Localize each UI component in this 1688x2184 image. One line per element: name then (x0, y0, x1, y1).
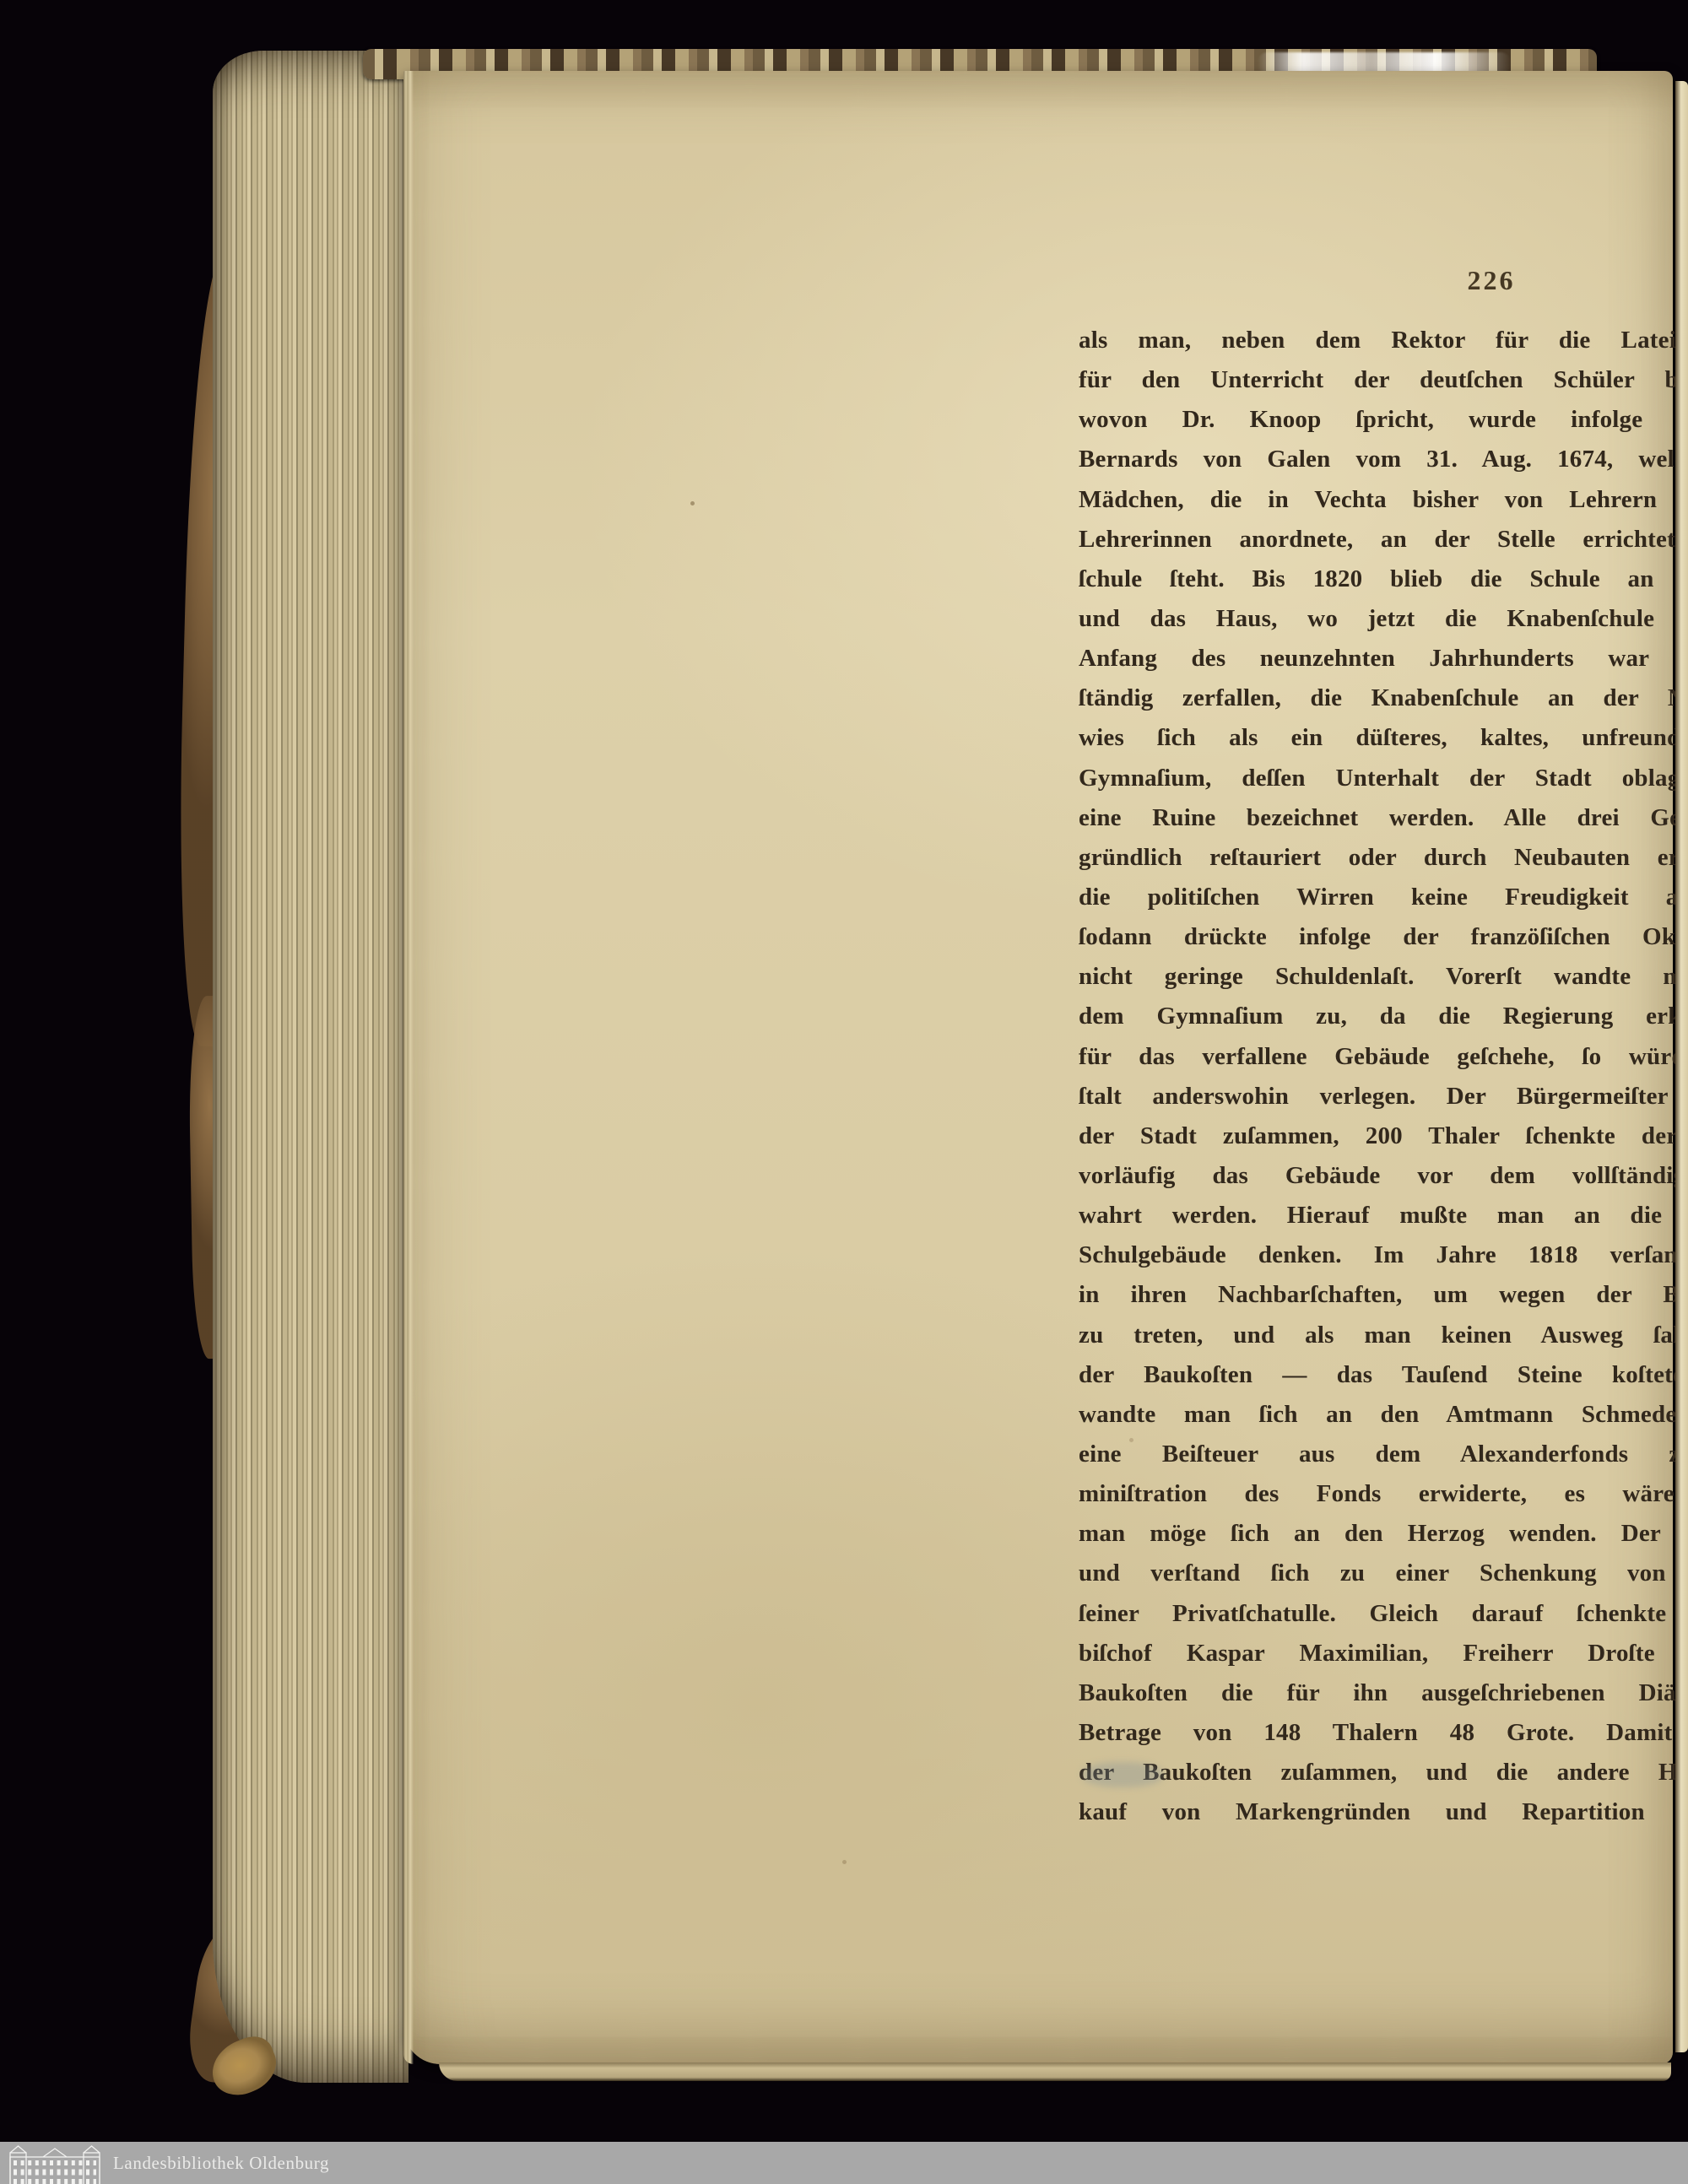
text-line: gründlich reſtauriert oder durch Neubaut… (1079, 838, 1688, 878)
text-line: Schulgebäude denken. Im Jahre 1818 verſa… (1079, 1235, 1688, 1275)
text-line: Baukoſten die für ihn ausgeſchriebenen D… (1079, 1673, 1688, 1713)
text-line: ſtändig zerfallen, die Knabenſchule an d… (1079, 678, 1688, 718)
text-line: Mädchen, die in Vechta bisher von Lehrer… (1079, 480, 1688, 520)
text-line: und verſtand ſich zu einer Schenkung von… (1079, 1554, 1688, 1593)
text-line: man möge ſich an den Herzog wenden. Der … (1079, 1514, 1688, 1554)
text-line: wandte man ſich an den Amtmann Schmedes,… (1079, 1395, 1688, 1435)
text-line: wovon Dr. Knoop ſpricht, wurde infolge d… (1079, 400, 1688, 440)
text-line: kauf von Markengründen und Repartition a… (1079, 1792, 1688, 1832)
library-building-icon (7, 2145, 103, 2184)
text-line: ſeiner Privatſchatulle. Gleich darauf ſc… (1079, 1594, 1688, 1634)
text-line: die politiſchen Wirren keine Freudigkeit… (1079, 878, 1688, 917)
text-line: der Baukoſten — das Tauſend Steine koſte… (1079, 1355, 1688, 1395)
text-line: Gymnaſium, deſſen Unterhalt der Stadt ob… (1079, 759, 1688, 798)
text-line: und das Haus, wo jetzt die Knabenſchule … (1079, 599, 1688, 639)
text-line: Betrage von 148 Thalern 48 Grote. Damit … (1079, 1713, 1688, 1753)
text-line: wahrt werden. Hierauf mußte man an die R… (1079, 1196, 1688, 1235)
text-line: dem Gymnaſium zu, da die Regierung erklä… (1079, 997, 1688, 1036)
page-number: 226 (1442, 265, 1541, 296)
text-line: eine Beiſteuer aus dem Alexanderfonds zu… (1079, 1435, 1688, 1474)
text-line: biſchof Kaspar Maximilian, Freiherr Droſ… (1079, 1634, 1688, 1673)
text-line: Bernards von Galen vom 31. Aug. 1674, we… (1079, 440, 1688, 479)
text-line: miniſtration des Fonds erwiderte, es wär… (1079, 1474, 1688, 1514)
paper-speck (842, 1860, 847, 1864)
text-line: eine Ruine bezeichnet werden. Alle drei … (1079, 798, 1688, 838)
footer-watermark-bar: Landesbibliothek Oldenburg (0, 2142, 1688, 2184)
text-line: als man, neben dem Rektor für die Latein… (1079, 321, 1688, 360)
faint-stamp-smudge (1082, 1762, 1163, 1787)
text-line: in ihren Nachbarſchaften, um wegen der B… (1079, 1275, 1688, 1315)
text-line: ſchule ſteht. Bis 1820 blieb die Schule … (1079, 560, 1688, 599)
text-line: Anfang des neunzehnten Jahrhunderts war … (1079, 639, 1688, 678)
text-line: der Stadt zuſammen, 200 Thaler ſchenkte … (1079, 1116, 1688, 1156)
paper-speck (690, 501, 695, 505)
text-line: ſtalt anderswohin verlegen. Der Bürgerme… (1079, 1077, 1688, 1116)
next-page-sliver (1675, 81, 1688, 2052)
under-page-edge (439, 2062, 1671, 2081)
text-line: vorläufig das Gebäude vor dem vollſtändi… (1079, 1156, 1688, 1196)
scanned-book-photo: 226 als man, neben dem Rektor für die La… (0, 0, 1688, 2184)
text-line: wies ſich als ein düſteres, kaltes, unfr… (1079, 718, 1688, 758)
paper-speck (1129, 1438, 1133, 1442)
page-stack-fore-edge (213, 51, 408, 2083)
text-line: der Baukoſten zuſammen, und die andere H… (1079, 1753, 1688, 1792)
book-page: 226 als man, neben dem Rektor für die La… (403, 71, 1673, 2064)
text-line: ſodann drückte infolge der franzöſiſchen… (1079, 917, 1688, 957)
text-line: Lehrerinnen anordnete, an der Stelle err… (1079, 520, 1688, 560)
text-line: für das verfallene Gebäude geſchehe, ſo … (1079, 1037, 1688, 1077)
text-line: für den Unterricht der deutſchen Schüler… (1079, 360, 1688, 400)
library-label: Landesbibliothek Oldenburg (113, 2142, 329, 2184)
text-line: nicht geringe Schuldenlaſt. Vorerſt wand… (1079, 957, 1688, 997)
text-line: zu treten, und als man keinen Ausweg ſah… (1079, 1316, 1688, 1355)
page-text: als man, neben dem Rektor für die Latein… (1079, 321, 1688, 1832)
